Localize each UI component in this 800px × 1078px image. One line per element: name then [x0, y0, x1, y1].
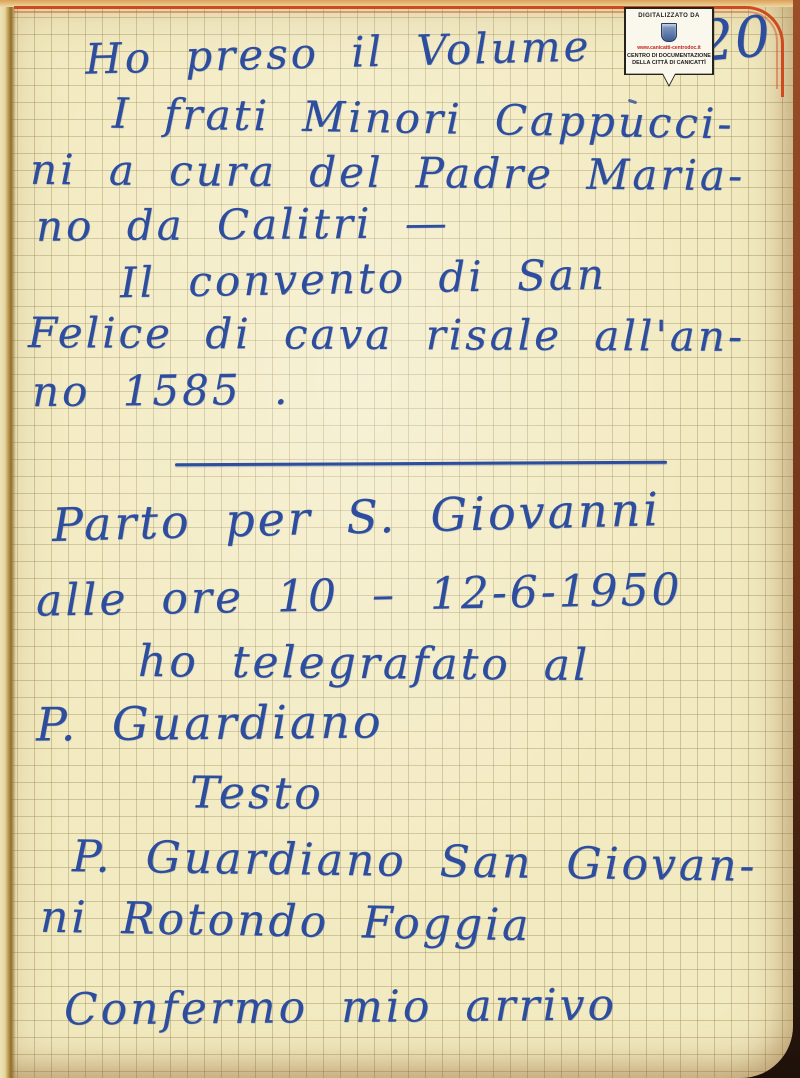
- handwritten-line: P. Guardiano: [36, 698, 384, 747]
- handwritten-line: ni Rotondo Foggia: [40, 896, 532, 949]
- graph-paper-page: 20 DIGITALIZZATO DA www.canicatti-centro…: [0, 0, 793, 1078]
- handwritten-line: alle ore 10 – 12-6-1950: [36, 568, 683, 623]
- handwritten-line: I frati Minori Cappucci-: [112, 93, 735, 146]
- crest-logo-icon: [661, 23, 677, 42]
- stamp-organization-line2: DELLA CITTÀ DI CANICATTÌ: [632, 60, 706, 67]
- handwritten-line: Il convento di San: [120, 254, 608, 304]
- stamp-header-label: DIGITALIZZATO DA: [638, 13, 699, 19]
- section-divider-rule: [175, 461, 667, 467]
- handwritten-line: ni a cura del Padre Maria-: [30, 149, 745, 197]
- handwritten-line: no da Calitri —: [36, 202, 450, 248]
- handwritten-line: P. Guardiano San Giovan-: [72, 835, 758, 889]
- binding-gutter-shadow: [0, 0, 16, 1078]
- handwritten-line: Ho preso il Volume: [85, 25, 592, 80]
- digitization-stamp: DIGITALIZZATO DA www.canicatti-centrodoc…: [624, 7, 714, 87]
- stamp-content: DIGITALIZZATO DA www.canicatti-centrodoc…: [624, 7, 714, 87]
- scanned-notebook-page: 20 DIGITALIZZATO DA www.canicatti-centro…: [0, 0, 800, 1078]
- handwritten-line: no 1585 .: [32, 369, 291, 413]
- stamp-website-text: www.canicatti-centrodoc.it: [637, 45, 700, 51]
- handwritten-line: Parto per S. Giovanni: [52, 486, 662, 548]
- handwritten-line: Testo: [190, 771, 324, 816]
- handwritten-line: Confermo mio arrivo: [64, 984, 617, 1033]
- handwritten-line: Felice di cava risale all'an-: [28, 312, 745, 358]
- handwritten-line: ho telegrafato al: [138, 640, 590, 688]
